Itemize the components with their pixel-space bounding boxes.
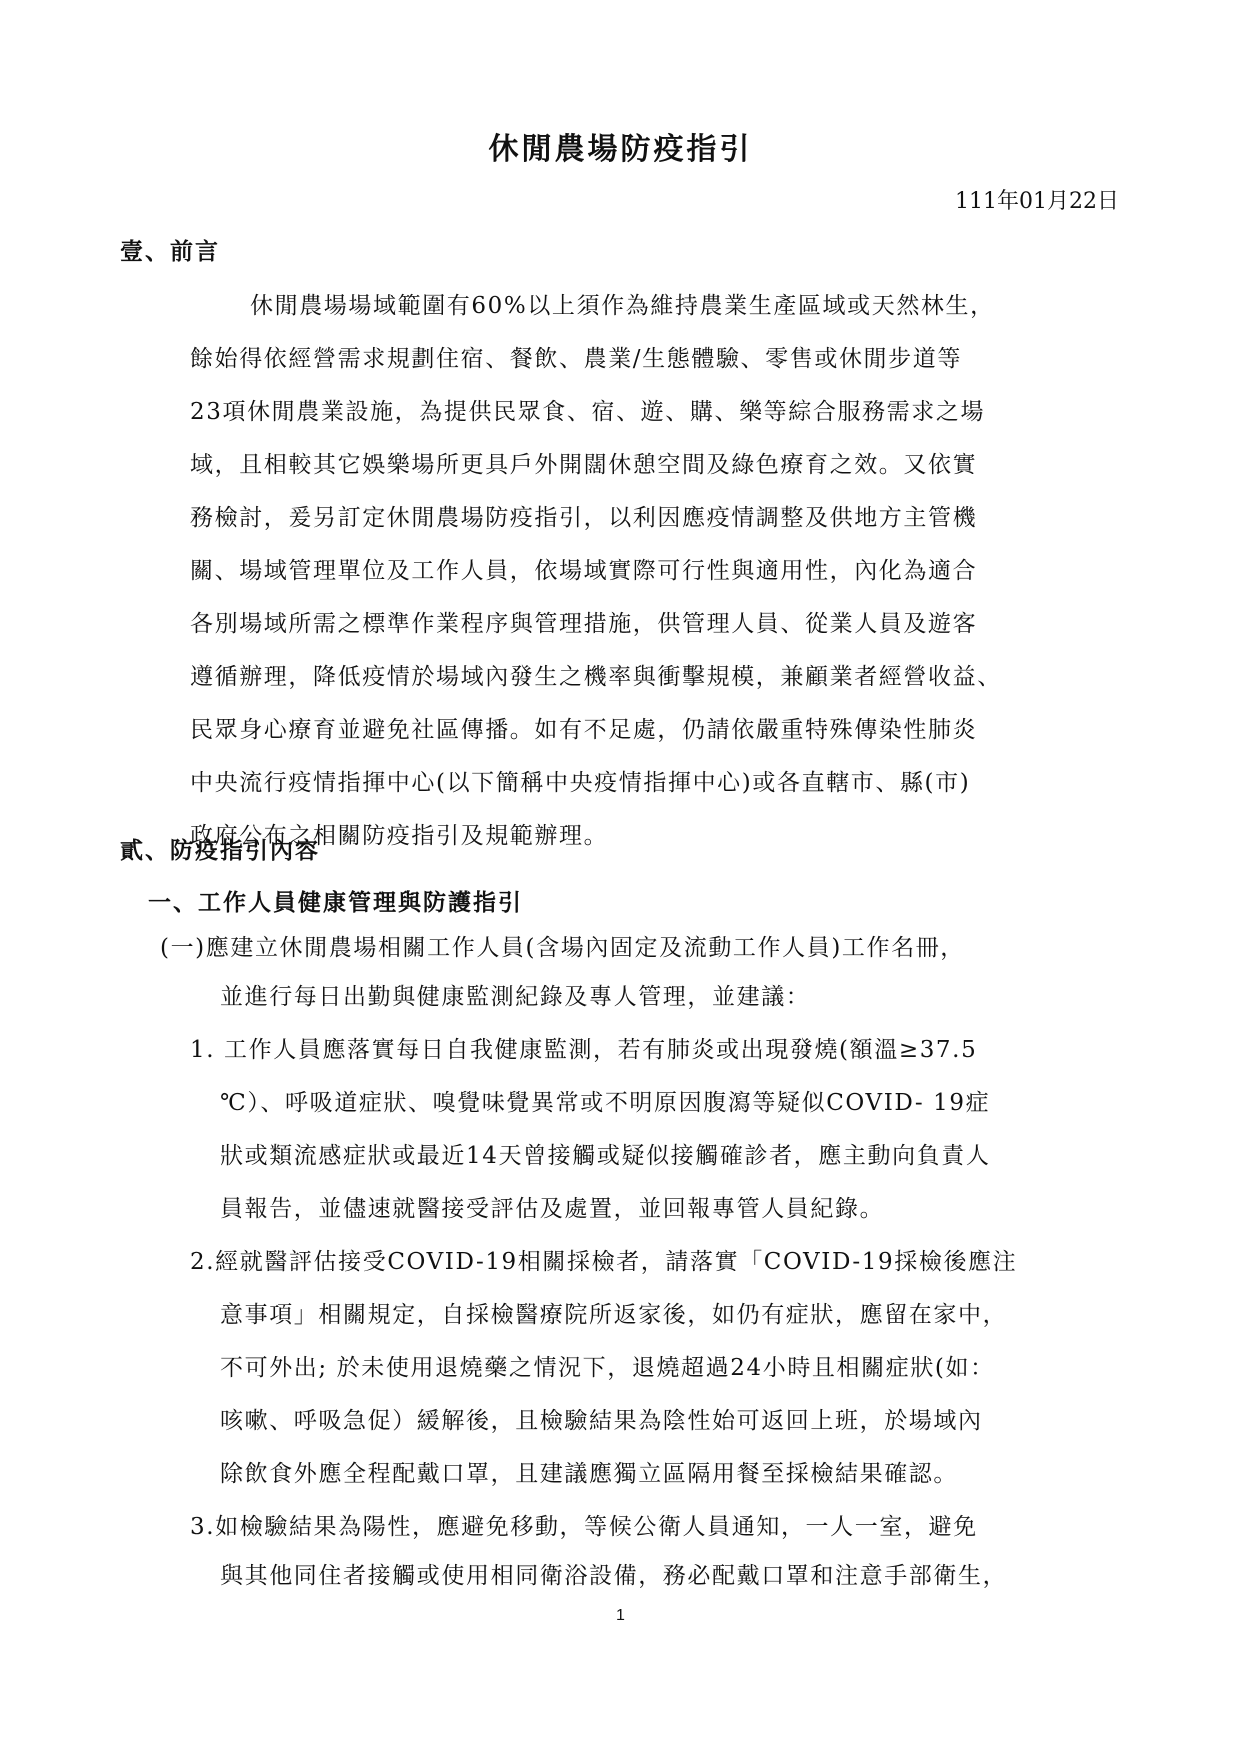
section-heading-content: 貳、防疫指引內容 [120,832,320,865]
item-a-line: (一)應建立休閒農場相關工作人員(含場內固定及流動工作人員)工作名冊， [160,929,965,962]
item-1-line: 1. 工作人員應落實每日自我健康監測，若有肺炎或出現發燒(額溫≥37.5 [190,1031,977,1064]
item-2-line: 2.經就醫評估接受COVID-19相關採檢者，請落實「COVID-19採檢後應注 [190,1243,1017,1276]
paragraph-line: 各別場域所需之標準作業程序與管理措施，供管理人員、從業人員及遊客 [190,605,977,638]
subsection-heading-staff: 一、工作人員健康管理與防護指引 [148,884,523,917]
paragraph-line: 中央流行疫情指揮中心(以下簡稱中央疫情指揮中心)或各直轄市、縣(市) [190,764,970,797]
item-1-line: 員報告，並儘速就醫接受評估及處置，並回報專管人員紀錄。 [220,1190,884,1223]
item-2-line: 不可外出; 於未使用退燒藥之情況下，退燒超過24小時且相關症狀(如： [220,1349,995,1382]
item-2-line: 意事項」相關規定，自採檢醫療院所返家後，如仍有症狀，應留在家中， [220,1296,1007,1329]
paragraph-line: 務檢討，爰另訂定休閒農場防疫指引，以利因應疫情調整及供地方主管機 [190,499,977,532]
page-number: 1 [0,1607,1241,1625]
paragraph-line: 域，且相較其它娛樂場所更具戶外開闊休憩空間及綠色療育之效。又依實 [190,446,977,479]
item-1-line: 狀或類流感症狀或最近14天曾接觸或疑似接觸確診者，應主動向負責人 [220,1137,990,1170]
paragraph-line: 23項休閒農業設施，為提供民眾食、宿、遊、購、樂等綜合服務需求之場 [190,393,985,426]
section-heading-preface: 壹、前言 [120,233,220,266]
document-date: 111年01月22日 [955,184,1119,215]
item-2-line: 咳嗽、呼吸急促）緩解後，且檢驗結果為陰性始可返回上班，於場域內 [220,1402,983,1435]
item-3-line: 與其他同住者接觸或使用相同衛浴設備，務必配戴口罩和注意手部衛生， [220,1557,1007,1590]
item-3-line: 3.如檢驗結果為陽性，應避免移動，等候公衛人員通知，一人一室，避免 [190,1508,978,1541]
paragraph-line: 休閒農場場域範圍有60%以上須作為維持農業生產區域或天然林生， [250,287,995,320]
paragraph-line: 民眾身心療育並避免社區傳播。如有不足處，仍請依嚴重特殊傳染性肺炎 [190,711,977,744]
item-a-line: 並進行每日出勤與健康監測紀錄及專人管理，並建議： [220,978,810,1011]
document-title: 休閒農場防疫指引 [0,124,1241,168]
paragraph-line: 餘始得依經營需求規劃住宿、餐飲、農業/生態體驗、零售或休閒步道等 [190,340,962,373]
item-2-line: 除飲食外應全程配戴口罩，且建議應獨立區隔用餐至採檢結果確認。 [220,1455,958,1488]
paragraph-line: 遵循辦理，降低疫情於場域內發生之機率與衝擊規模，兼顧業者經營收益、 [190,658,1002,691]
paragraph-line: 關、場域管理單位及工作人員，依場域實際可行性與適用性，內化為適合 [190,552,977,585]
item-1-line: ℃）、呼吸道症狀、嗅覺味覺異常或不明原因腹瀉等疑似COVID- 19症 [220,1084,990,1117]
